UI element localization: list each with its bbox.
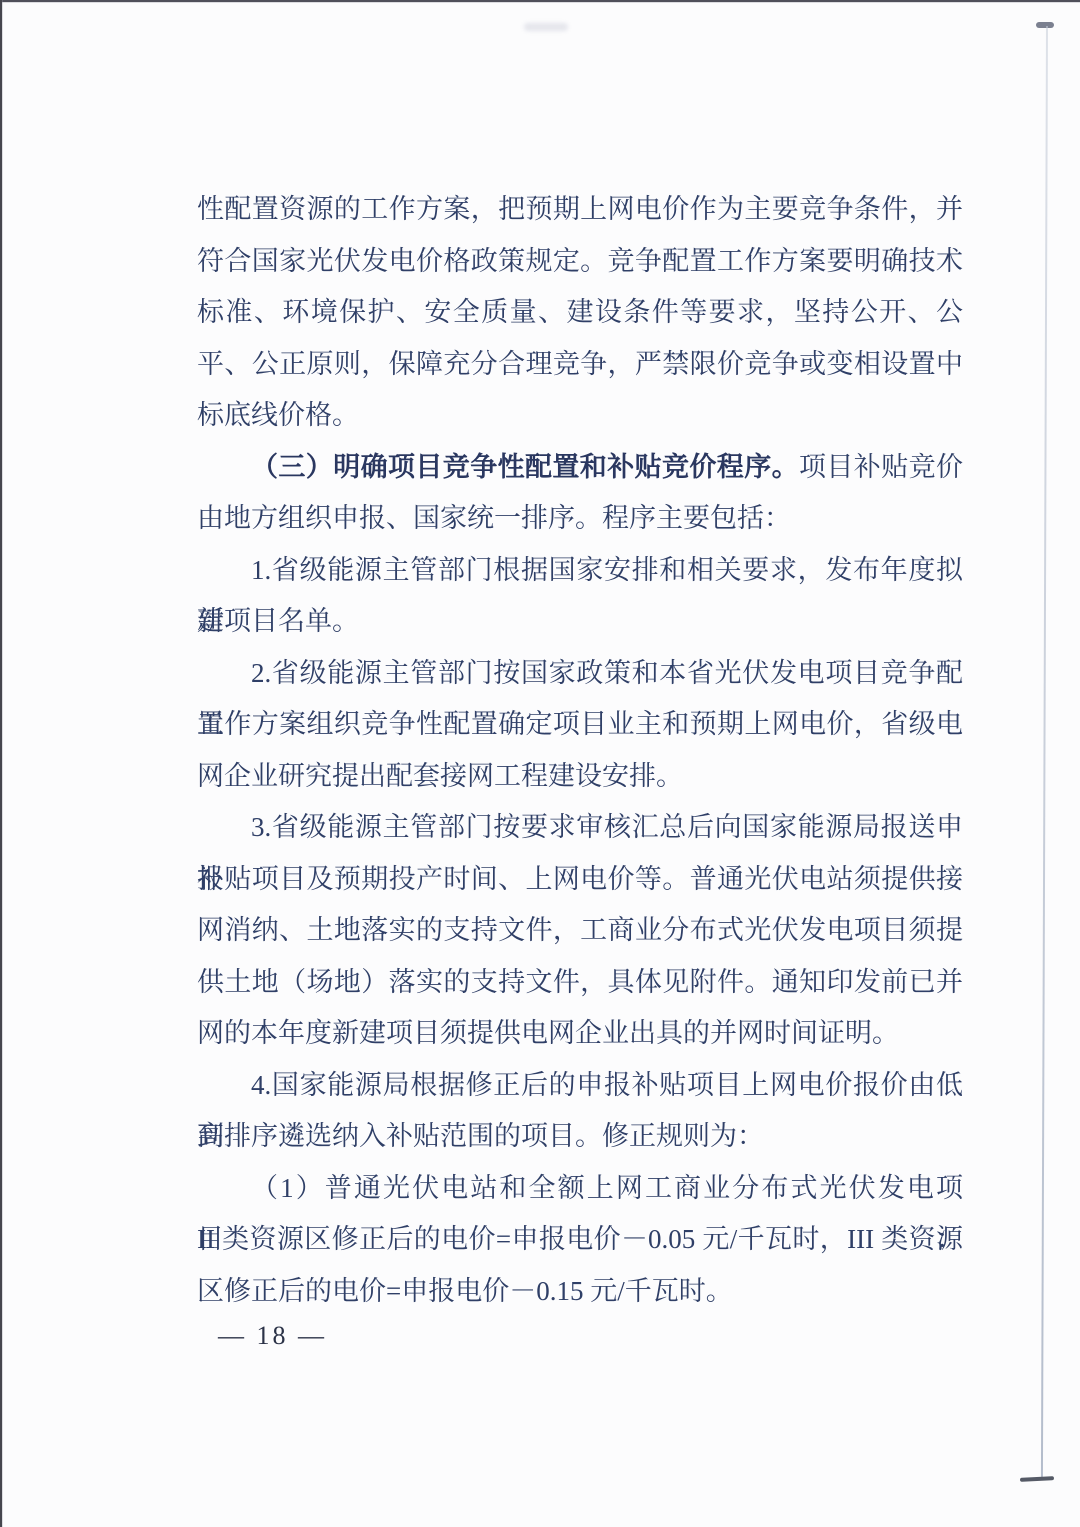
body-text: 标底线价格。 (197, 400, 359, 430)
body-text: 建项目名单。 (197, 606, 359, 636)
text-line: 2.省级能源主管部门按国家政策和本省光伏发电项目竞争配置 (197, 648, 963, 700)
scan-edge-top (0, 0, 1080, 4)
body-text: 网企业研究提出配套接网工程建设安排。 (197, 761, 683, 791)
text-line: II 类资源区修正后的电价=申报电价－0.05 元/千瓦时，III 类资源 (197, 1214, 963, 1266)
body-text: 区修正后的电价=申报电价－0.15 元/千瓦时。 (197, 1276, 733, 1306)
body-text: II 类资源区修正后的电价=申报电价－0.05 元/千瓦时，III 类资源 (197, 1224, 963, 1254)
text-line: 4.国家能源局根据修正后的申报补贴项目上网电价报价由低到 (197, 1060, 963, 1112)
text-line: 由地方组织申报、国家统一排序。程序主要包括： (197, 493, 963, 545)
scanned-document-page: 性配置资源的工作方案，把预期上网电价作为主要竞争条件，并符合国家光伏发电价格政策… (0, 0, 1080, 1527)
text-line: （三）明确项目竞争性配置和补贴竞价程序。项目补贴竞价 (197, 442, 963, 494)
text-line: 建项目名单。 (197, 596, 963, 648)
text-line: 平、公正原则，保障充分合理竞争，严禁限价竞争或变相设置中 (197, 339, 963, 391)
body-text: 平、公正原则，保障充分合理竞争，严禁限价竞争或变相设置中 (197, 349, 963, 379)
body-text: 供土地（场地）落实的支持文件，具体见附件。通知印发前已并 (197, 967, 963, 997)
scan-artifact-cap (1036, 22, 1054, 28)
scan-edge-left (0, 0, 4, 1527)
body-text: 工作方案组织竞争性配置确定项目业主和预期上网电价，省级电 (197, 709, 963, 739)
text-line: 网消纳、土地落实的支持文件，工商业分布式光伏发电项目须提 (197, 905, 963, 957)
text-line: 标底线价格。 (197, 390, 963, 442)
text-line: 网的本年度新建项目须提供电网企业出具的并网时间证明。 (197, 1008, 963, 1060)
body-text: 项目补贴竞价 (799, 452, 963, 482)
body-text: 标准、环境保护、安全质量、建设条件等要求，坚持公开、公 (197, 297, 963, 327)
body-text: 由地方组织申报、国家统一排序。程序主要包括： (197, 503, 791, 533)
body-text: 高排序遴选纳入补贴范围的项目。修正规则为： (197, 1121, 764, 1151)
text-line: 1.省级能源主管部门根据国家安排和相关要求，发布年度拟新 (197, 545, 963, 597)
body-text: 网消纳、土地落实的支持文件，工商业分布式光伏发电项目须提 (197, 915, 963, 945)
body-text: 符合国家光伏发电价格政策规定。竞争配置工作方案要明确技术 (197, 246, 963, 276)
section-heading-text: （三）明确项目竞争性配置和补贴竞价程序。 (251, 452, 799, 482)
text-line: 工作方案组织竞争性配置确定项目业主和预期上网电价，省级电 (197, 699, 963, 751)
scan-artifact-hook (1020, 1476, 1054, 1482)
body-text: 网的本年度新建项目须提供电网企业出具的并网时间证明。 (197, 1018, 899, 1048)
scan-artifact-line (1041, 26, 1048, 1478)
body-text: 补贴项目及预期投产时间、上网电价等。普通光伏电站须提供接 (197, 864, 963, 894)
text-line: 区修正后的电价=申报电价－0.15 元/千瓦时。 (197, 1266, 963, 1318)
text-line: 标准、环境保护、安全质量、建设条件等要求，坚持公开、公 (197, 287, 963, 339)
text-line: 性配置资源的工作方案，把预期上网电价作为主要竞争条件，并 (197, 184, 963, 236)
text-line: 补贴项目及预期投产时间、上网电价等。普通光伏电站须提供接 (197, 854, 963, 906)
body-text: 性配置资源的工作方案，把预期上网电价作为主要竞争条件，并 (197, 194, 963, 224)
text-line: （1）普通光伏电站和全额上网工商业分布式光伏发电项目： (197, 1163, 963, 1215)
text-line: 3.省级能源主管部门按要求审核汇总后向国家能源局报送申报 (197, 802, 963, 854)
text-block: 性配置资源的工作方案，把预期上网电价作为主要竞争条件，并符合国家光伏发电价格政策… (197, 184, 963, 1317)
text-line: 符合国家光伏发电价格政策规定。竞争配置工作方案要明确技术 (197, 236, 963, 288)
text-line: 高排序遴选纳入补贴范围的项目。修正规则为： (197, 1111, 963, 1163)
text-line: 网企业研究提出配套接网工程建设安排。 (197, 751, 963, 803)
footer-page-number: — 18 — (218, 1318, 327, 1354)
scan-smudge (524, 23, 568, 31)
text-line: 供土地（场地）落实的支持文件，具体见附件。通知印发前已并 (197, 957, 963, 1009)
